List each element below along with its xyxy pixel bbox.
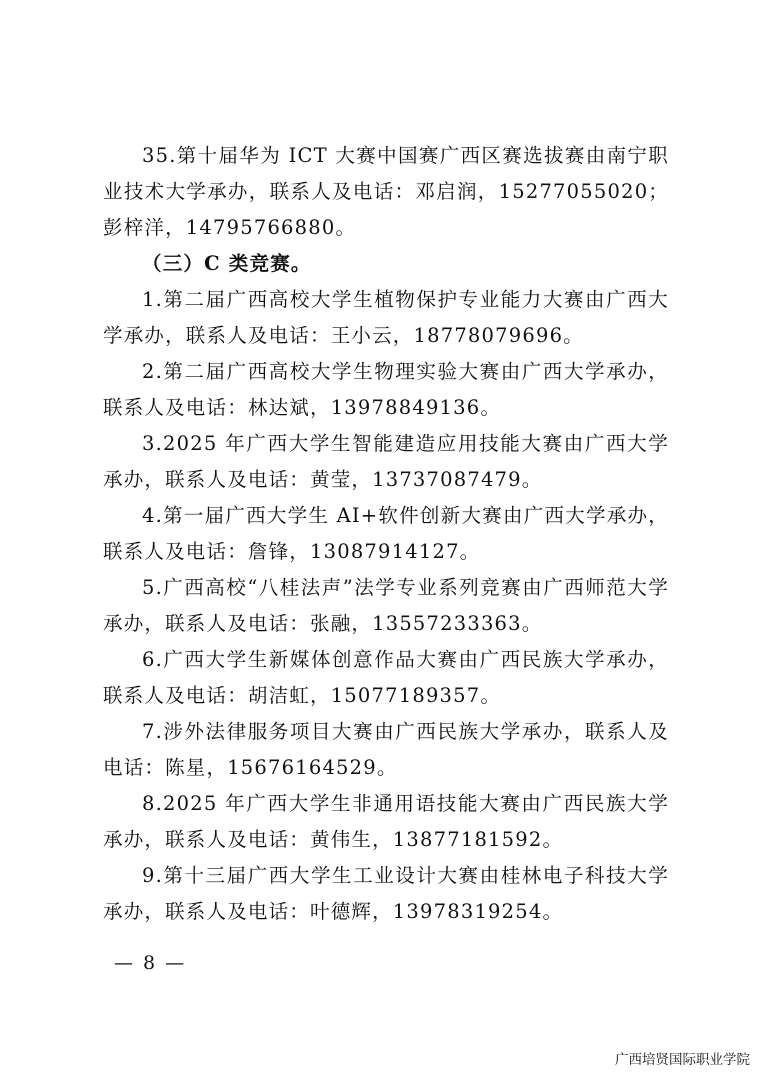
- paragraph-item-4: 4.第一届广西大学生 AI+软件创新大赛由广西大学承办，联系人及电话：詹锋，13…: [103, 498, 669, 570]
- document-body: 35.第十届华为 ICT 大赛中国赛广西区赛选拔赛由南宁职业技术大学承办，联系人…: [103, 138, 669, 930]
- paragraph-item-8: 8.2025 年广西大学生非通用语技能大赛由广西民族大学承办，联系人及电话：黄伟…: [103, 786, 669, 858]
- paragraph-item-3: 3.2025 年广西大学生智能建造应用技能大赛由广西大学承办，联系人及电话：黄莹…: [103, 426, 669, 498]
- paragraph-item-6: 6.广西大学生新媒体创意作品大赛由广西民族大学承办，联系人及电话：胡洁虹，150…: [103, 642, 669, 714]
- paragraph-item-35: 35.第十届华为 ICT 大赛中国赛广西区赛选拔赛由南宁职业技术大学承办，联系人…: [103, 138, 669, 246]
- paragraph-item-2: 2.第二届广西高校大学生物理实验大赛由广西大学承办，联系人及电话：林达斌，139…: [103, 354, 669, 426]
- watermark-institution: 广西培贤国际职业学院: [615, 1048, 750, 1068]
- paragraph-item-7: 7.涉外法律服务项目大赛由广西民族大学承办，联系人及电话：陈星，15676164…: [103, 714, 669, 786]
- paragraph-item-5: 5.广西高校“八桂法声”法学专业系列竞赛由广西师范大学承办，联系人及电话：张融，…: [103, 570, 669, 642]
- paragraph-item-1: 1.第二届广西高校大学生植物保护专业能力大赛由广西大学承办，联系人及电话：王小云…: [103, 282, 669, 354]
- paragraph-item-9: 9.第十三届广西大学生工业设计大赛由桂林电子科技大学承办，联系人及电话：叶德辉，…: [103, 858, 669, 930]
- page-number: — 8 —: [114, 952, 186, 974]
- section-heading-c-competitions: （三）C 类竞赛。: [103, 246, 669, 282]
